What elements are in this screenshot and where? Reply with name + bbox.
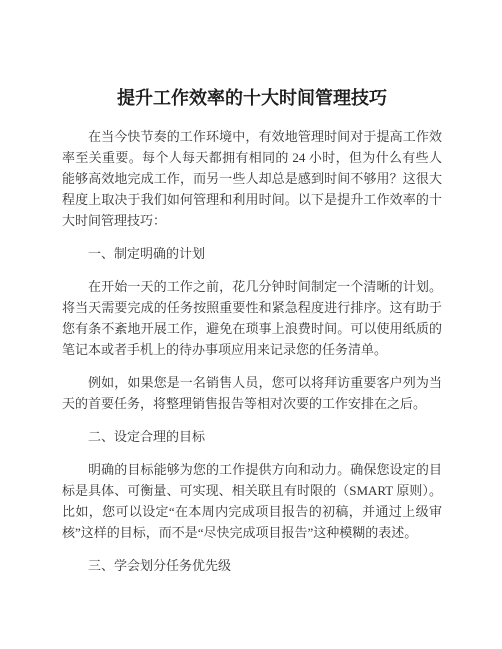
intro-paragraph: 在当今快节奏的工作环境中，有效地管理时间对于提高工作效率至关重要。每个人每天都拥… — [62, 126, 442, 231]
section-2-paragraph: 明确的目标能够为您的工作提供方向和动力。确保您设定的目标是具体、可衡量、可实现、… — [62, 459, 442, 543]
section-heading-2: 二、设定合理的目标 — [62, 426, 442, 447]
document-page: 提升工作效率的十大时间管理技巧 在当今快节奏的工作环境中，有效地管理时间对于提高… — [0, 0, 502, 649]
document-title: 提升工作效率的十大时间管理技巧 — [62, 86, 442, 110]
section-1-paragraph: 在开始一天的工作之前，花几分钟时间制定一个清晰的计划。将当天需要完成的任务按照重… — [62, 276, 442, 360]
section-heading-3: 三、学会划分任务优先级 — [62, 555, 442, 576]
section-1-example-paragraph: 例如，如果您是一名销售人员，您可以将拜访重要客户列为当天的首要任务，将整理销售报… — [62, 372, 442, 414]
section-heading-1: 一、制定明确的计划 — [62, 243, 442, 264]
